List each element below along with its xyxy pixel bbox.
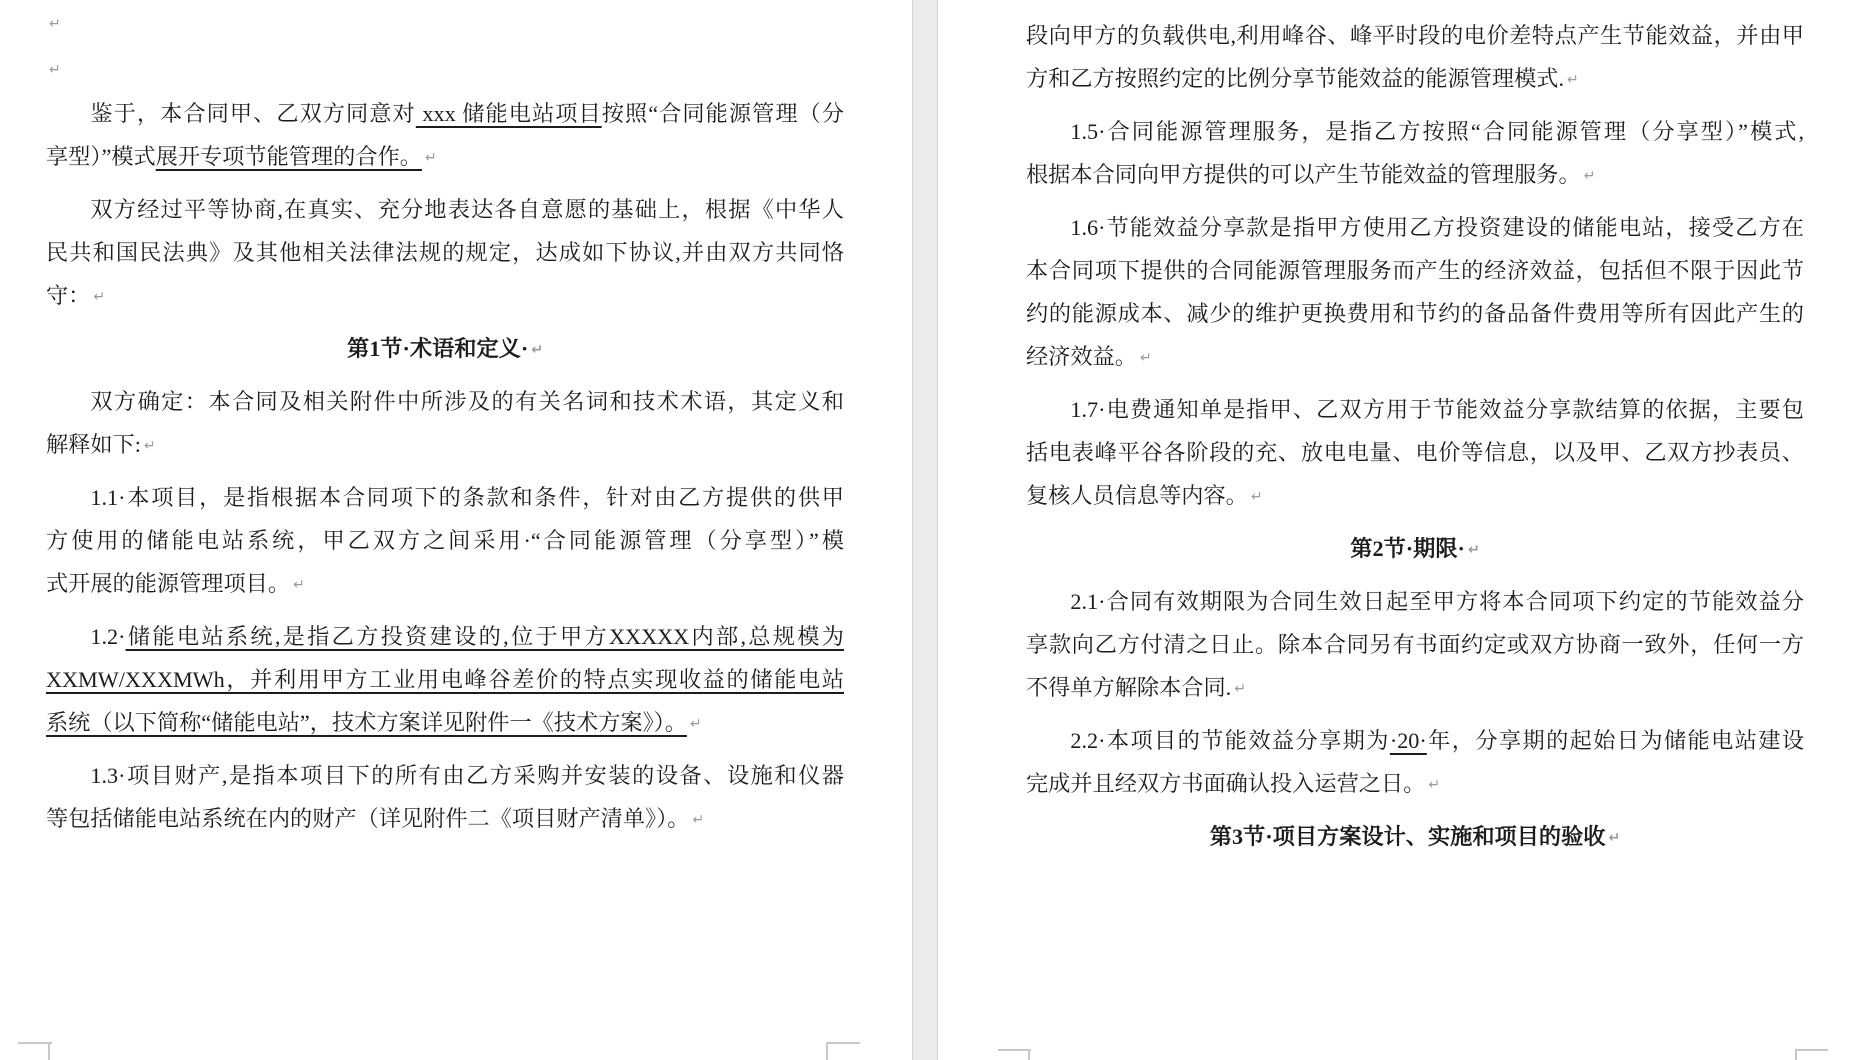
text-line: 方和乙方按照约定的比例分享节能效益的能源管理模式.↵	[1026, 57, 1804, 100]
text-line: 享型）”模式展开专项节能管理的合作。↵	[46, 135, 844, 178]
paragraph: 1.7·电费通知单是指甲、乙双方用于节能效益分享款结算的依据，主要包括电表峰平谷…	[1026, 388, 1804, 517]
paragraph-mark: ↵	[1251, 476, 1263, 519]
text-run: 本合同项下提供的合同能源管理服务而产生的经济效益，包括但不限于因此节	[1026, 258, 1804, 283]
text-run: 2.1·合同有效期限为合同生效日起至甲方将本合同项下约定的节能效益分	[1070, 589, 1804, 614]
text-run: 括电表峰平谷各阶段的充、放电电量、电价等信息，以及甲、乙双方抄表员、	[1026, 440, 1804, 465]
heading-line: 第3节·项目方案设计、实施和项目的验收↵	[1026, 815, 1804, 858]
text-run: 完成并且经双方书面确认投入运营之日。	[1026, 771, 1425, 796]
text-run: 2.2·本项目的节能效益分享期为	[1070, 728, 1389, 753]
word-document-view: { "document": { "view": "two-page-print-…	[0, 0, 1851, 1060]
paragraph-mark: ↵	[425, 137, 437, 180]
underlined-text: ·20·	[1390, 728, 1427, 753]
section-heading: 第2节·期限·↵	[1026, 527, 1804, 570]
margin-corner-mark	[1795, 1049, 1797, 1060]
text-line: XXMW/XXXMWh，并利用甲方工业用电峰谷差价的特点实现收益的储能电站	[46, 658, 844, 701]
text-line: 2.1·合同有效期限为合同生效日起至甲方将本合同项下约定的节能效益分	[1026, 580, 1804, 623]
paragraph: 段向甲方的负载供电,利用峰谷、峰平时段的电价差特点产生节能效益，并由甲方和乙方按…	[1026, 14, 1804, 100]
underlined-text: XXMW/XXXMWh，并利用甲方工业用电峰谷差价的特点实现收益的储能电站	[46, 667, 844, 692]
text-run: 民共和国民法典》及其他相关法律法规的规定，达成如下协议,并由双方共同恪	[46, 240, 844, 265]
text-run: 双方经过平等协商,在真实、充分地表达各自意愿的基础上，根据《中华人	[90, 197, 844, 222]
page-left-content[interactable]: ↵↵鉴于，本合同甲、乙双方同意对 xxx 储能电站项目按照“合同能源管理（分享型…	[46, 0, 844, 850]
paragraph-mark: ↵	[293, 564, 305, 607]
text-run: 第1节·术语和定义·	[347, 336, 528, 361]
text-run: 1.3·项目财产,是指本项目下的所有由乙方采购并安装的设备、设施和仪器	[90, 763, 844, 788]
margin-corner-mark	[1795, 1049, 1828, 1051]
margin-corner-mark	[1028, 1049, 1030, 1060]
paragraph-mark: ↵	[1567, 59, 1579, 102]
paragraph: 鉴于，本合同甲、乙双方同意对 xxx 储能电站项目按照“合同能源管理（分享型）”…	[46, 92, 844, 178]
text-run: 段向甲方的负载供电,利用峰谷、峰平时段的电价差特点产生节能效益，并由甲	[1026, 23, 1804, 48]
paragraph: 1.3·项目财产,是指本项目下的所有由乙方采购并安装的设备、设施和仪器等包括储能…	[46, 754, 844, 840]
paragraph-mark: ↵	[49, 47, 61, 93]
margin-corner-mark	[826, 1042, 860, 1044]
paragraph: 1.2·储能电站系统,是指乙方投资建设的,位于甲方XXXXX内部,总规模为XXM…	[46, 615, 844, 744]
paragraph-mark: ↵	[49, 1, 61, 47]
text-run: 1.2·	[90, 624, 125, 649]
page-gap-divider[interactable]	[912, 0, 938, 1060]
section-heading: 第3节·项目方案设计、实施和项目的验收↵	[1026, 815, 1804, 858]
text-line: 解释如下:↵	[46, 423, 844, 466]
text-run: 1.1·本项目，是指根据本合同项下的条款和条件，针对由乙方提供的供甲	[90, 485, 844, 510]
paragraph-mark: ↵	[1584, 155, 1596, 198]
document-page-right: 段向甲方的负载供电,利用峰谷、峰平时段的电价差特点产生节能效益，并由甲方和乙方按…	[938, 0, 1851, 1060]
text-line: 等包括储能电站系统在内的财产（详见附件二《项目财产清单》）。↵	[46, 797, 844, 840]
text-line: 经济效益。↵	[1026, 335, 1804, 378]
text-run: 不得单方解除本合同.	[1026, 675, 1231, 700]
text-run: 享型）”模式	[46, 144, 156, 169]
text-line: 双方经过平等协商,在真实、充分地表达各自意愿的基础上，根据《中华人	[46, 188, 844, 231]
text-run: 年，分享期的起始日为储能电站建设	[1427, 728, 1804, 753]
text-line: 约的能源成本、减少的维护更换费用和节约的备品备件费用等所有因此产生的	[1026, 292, 1804, 335]
paragraph-mark: ↵	[692, 799, 704, 842]
paragraph: 2.2·本项目的节能效益分享期为·20·年，分享期的起始日为储能电站建设完成并且…	[1026, 719, 1804, 805]
text-line: 民共和国民法典》及其他相关法律法规的规定，达成如下协议,并由双方共同恪	[46, 231, 844, 274]
underlined-text: 储能电站系统,是指乙方投资建设的,位于甲方XXXXX内部,总规模为	[126, 624, 844, 649]
text-run: 享款向乙方付清之日止。除本合同另有书面约定或双方协商一致外，任何一方	[1026, 632, 1804, 657]
heading-line: 第2节·期限·↵	[1026, 527, 1804, 570]
text-run: 1.6·节能效益分享款是指甲方使用乙方投资建设的储能电站，接受乙方在	[1070, 215, 1804, 240]
paragraph-mark: ↵	[1140, 337, 1152, 380]
margin-corner-mark	[998, 1049, 1031, 1051]
text-run: 等包括储能电站系统在内的财产（详见附件二《项目财产清单》）。	[46, 806, 689, 831]
paragraph: 1.1·本项目，是指根据本合同项下的条款和条件，针对由乙方提供的供甲方使用的储能…	[46, 476, 844, 605]
paragraph-mark: ↵	[1608, 817, 1620, 860]
paragraph: 1.6·节能效益分享款是指甲方使用乙方投资建设的储能电站，接受乙方在本合同项下提…	[1026, 206, 1804, 378]
document-page-left: ↵↵鉴于，本合同甲、乙双方同意对 xxx 储能电站项目按照“合同能源管理（分享型…	[0, 0, 912, 1060]
text-line: 式开展的能源管理项目。↵	[46, 562, 844, 605]
text-line: 守：↵	[46, 274, 844, 317]
text-line: 括电表峰平谷各阶段的充、放电电量、电价等信息，以及甲、乙双方抄表员、	[1026, 431, 1804, 474]
paragraph-mark: ↵	[690, 703, 702, 746]
text-line: 系统（以下简称“储能电站”，技术方案详见附件一《技术方案》）。↵	[46, 701, 844, 744]
text-line: 1.3·项目财产,是指本项目下的所有由乙方采购并安装的设备、设施和仪器	[46, 754, 844, 797]
text-run: 复核人员信息等内容。	[1026, 483, 1248, 508]
page-right-content[interactable]: 段向甲方的负载供电,利用峰谷、峰平时段的电价差特点产生节能效益，并由甲方和乙方按…	[1026, 0, 1804, 868]
text-run: 双方确定：本合同及相关附件中所涉及的有关名词和技术术语，其定义和	[90, 389, 844, 414]
text-line: 完成并且经双方书面确认投入运营之日。↵	[1026, 762, 1804, 805]
text-line: 本合同项下提供的合同能源管理服务而产生的经济效益，包括但不限于因此节	[1026, 249, 1804, 292]
paragraph: 2.1·合同有效期限为合同生效日起至甲方将本合同项下约定的节能效益分享款向乙方付…	[1026, 580, 1804, 709]
text-line: 双方确定：本合同及相关附件中所涉及的有关名词和技术术语，其定义和	[46, 380, 844, 423]
text-run: 鉴于，本合同甲、乙双方同意对	[90, 101, 415, 126]
text-line: 1.7·电费通知单是指甲、乙双方用于节能效益分享款结算的依据，主要包	[1026, 388, 1804, 431]
text-line: 1.5·合同能源管理服务，是指乙方按照“合同能源管理（分享型）”模式,	[1026, 110, 1804, 153]
paragraph: 双方经过平等协商,在真实、充分地表达各自意愿的基础上，根据《中华人民共和国民法典…	[46, 188, 844, 317]
paragraph: 1.5·合同能源管理服务，是指乙方按照“合同能源管理（分享型）”模式,根据本合同…	[1026, 110, 1804, 196]
text-line: 鉴于，本合同甲、乙双方同意对 xxx 储能电站项目按照“合同能源管理（分	[46, 92, 844, 135]
text-run: 第3节·项目方案设计、实施和项目的验收	[1210, 824, 1606, 849]
empty-paragraph: ↵	[46, 46, 844, 92]
paragraph-mark: ↵	[1468, 529, 1480, 572]
text-run: 1.7·电费通知单是指甲、乙双方用于节能效益分享款结算的依据，主要包	[1070, 397, 1804, 422]
text-line: 不得单方解除本合同.↵	[1026, 666, 1804, 709]
text-run: 方使用的储能电站系统，甲乙双方之间采用·“合同能源管理（分享型）”模	[46, 528, 844, 553]
text-line: 享款向乙方付清之日止。除本合同另有书面约定或双方协商一致外，任何一方	[1026, 623, 1804, 666]
text-line: 根据本合同向甲方提供的可以产生节能效益的管理服务。↵	[1026, 153, 1804, 196]
section-heading: 第1节·术语和定义·↵	[46, 327, 844, 370]
underlined-text: 系统（以下简称“储能电站”，技术方案详见附件一《技术方案》）。	[46, 710, 687, 735]
text-line: 复核人员信息等内容。↵	[1026, 474, 1804, 517]
text-line: 1.1·本项目，是指根据本合同项下的条款和条件，针对由乙方提供的供甲	[46, 476, 844, 519]
paragraph-mark: ↵	[1234, 668, 1246, 711]
text-line: 1.6·节能效益分享款是指甲方使用乙方投资建设的储能电站，接受乙方在	[1026, 206, 1804, 249]
text-line: 2.2·本项目的节能效益分享期为·20·年，分享期的起始日为储能电站建设	[1026, 719, 1804, 762]
text-run: 按照“合同能源管理（分	[602, 101, 844, 126]
text-run: 经济效益。	[1026, 344, 1137, 369]
text-run: 第2节·期限·	[1350, 536, 1465, 561]
paragraph-mark: ↵	[531, 329, 543, 372]
text-line: 方使用的储能电站系统，甲乙双方之间采用·“合同能源管理（分享型）”模	[46, 519, 844, 562]
paragraph: 双方确定：本合同及相关附件中所涉及的有关名词和技术术语，其定义和解释如下:↵	[46, 380, 844, 466]
empty-paragraph: ↵	[46, 0, 844, 46]
text-line: 段向甲方的负载供电,利用峰谷、峰平时段的电价差特点产生节能效益，并由甲	[1026, 14, 1804, 57]
text-run: 方和乙方按照约定的比例分享节能效益的能源管理模式.	[1026, 66, 1564, 91]
text-run: 1.5·合同能源管理服务，是指乙方按照“合同能源管理（分享型）”模式,	[1070, 119, 1804, 144]
margin-corner-mark	[18, 1042, 52, 1044]
paragraph-mark: ↵	[144, 425, 156, 468]
margin-corner-mark	[826, 1042, 828, 1060]
text-run: 式开展的能源管理项目。	[46, 571, 290, 596]
underlined-text: xxx 储能电站项目	[416, 101, 602, 126]
underlined-text: 展开专项节能管理的合作。	[156, 144, 422, 169]
text-line: 1.2·储能电站系统,是指乙方投资建设的,位于甲方XXXXX内部,总规模为	[46, 615, 844, 658]
paragraph-mark: ↵	[93, 276, 105, 319]
text-run: 守：	[46, 283, 90, 308]
text-run: 根据本合同向甲方提供的可以产生节能效益的管理服务。	[1026, 162, 1581, 187]
text-run: 解释如下:	[46, 432, 141, 457]
heading-line: 第1节·术语和定义·↵	[46, 327, 844, 370]
text-run: 约的能源成本、减少的维护更换费用和节约的备品备件费用等所有因此产生的	[1026, 301, 1804, 326]
margin-corner-mark	[48, 1042, 50, 1060]
paragraph-mark: ↵	[1428, 764, 1440, 807]
